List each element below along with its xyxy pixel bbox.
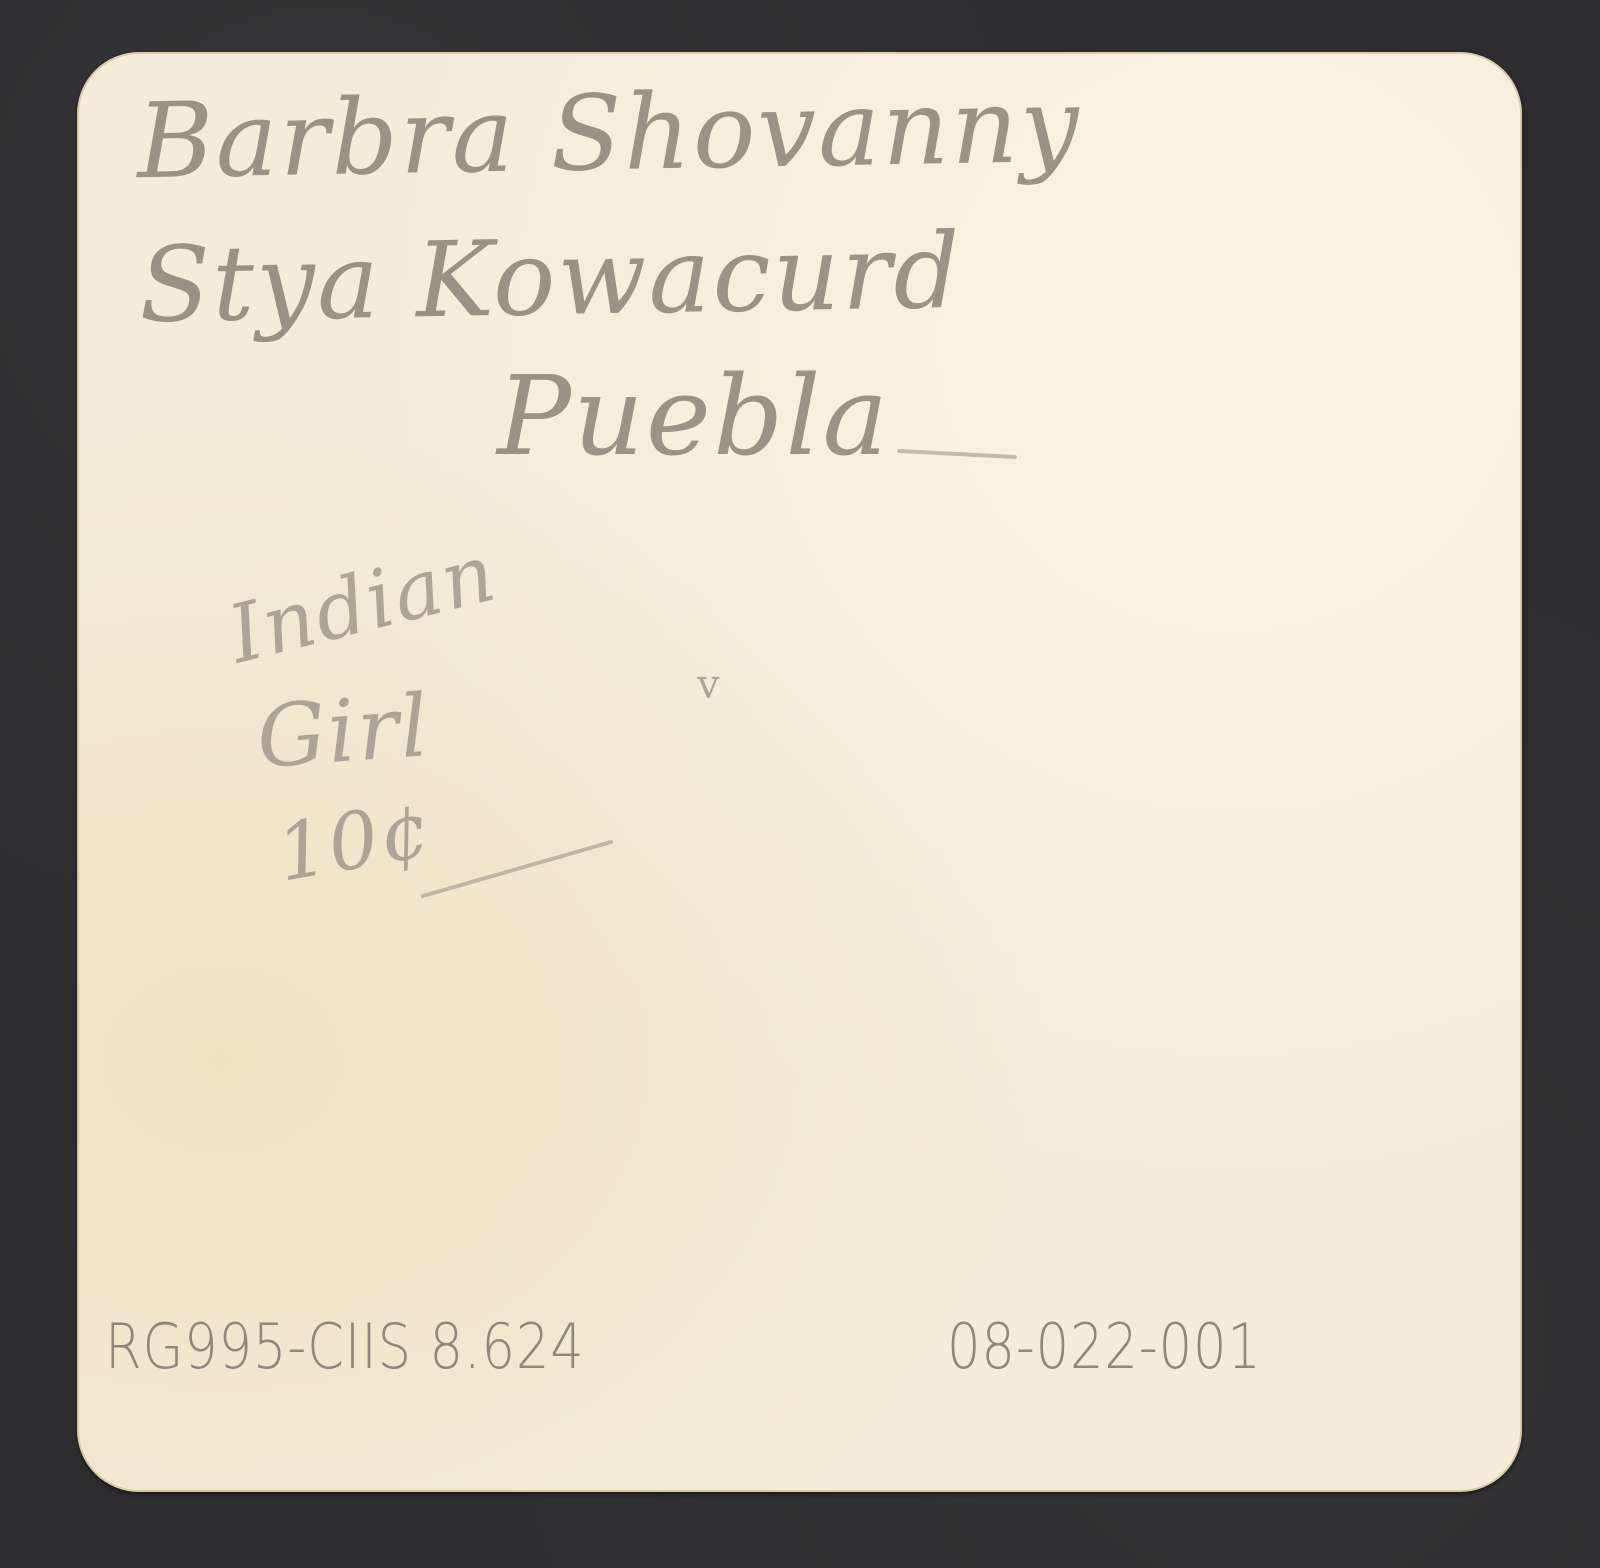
checkmark-icon: v	[697, 662, 722, 708]
price-underline	[420, 840, 613, 899]
note-line-1: Indian	[220, 526, 506, 682]
inscription-line-1: Barbra Shovanny	[136, 64, 1082, 202]
inscription-line-2: Styа Kowacurd	[138, 210, 963, 346]
record-group-number: RG995-CIIS 8.624	[105, 1310, 585, 1383]
place-underline	[897, 449, 1017, 459]
note-line-2: Girl	[254, 676, 433, 788]
item-number: 08-022-001	[947, 1310, 1262, 1383]
photo-card-back: Barbra Shovanny Styа Kowacurd Puebla Ind…	[77, 52, 1522, 1492]
inscription-place: Puebla	[497, 352, 890, 480]
note-price: 10¢	[270, 784, 438, 900]
